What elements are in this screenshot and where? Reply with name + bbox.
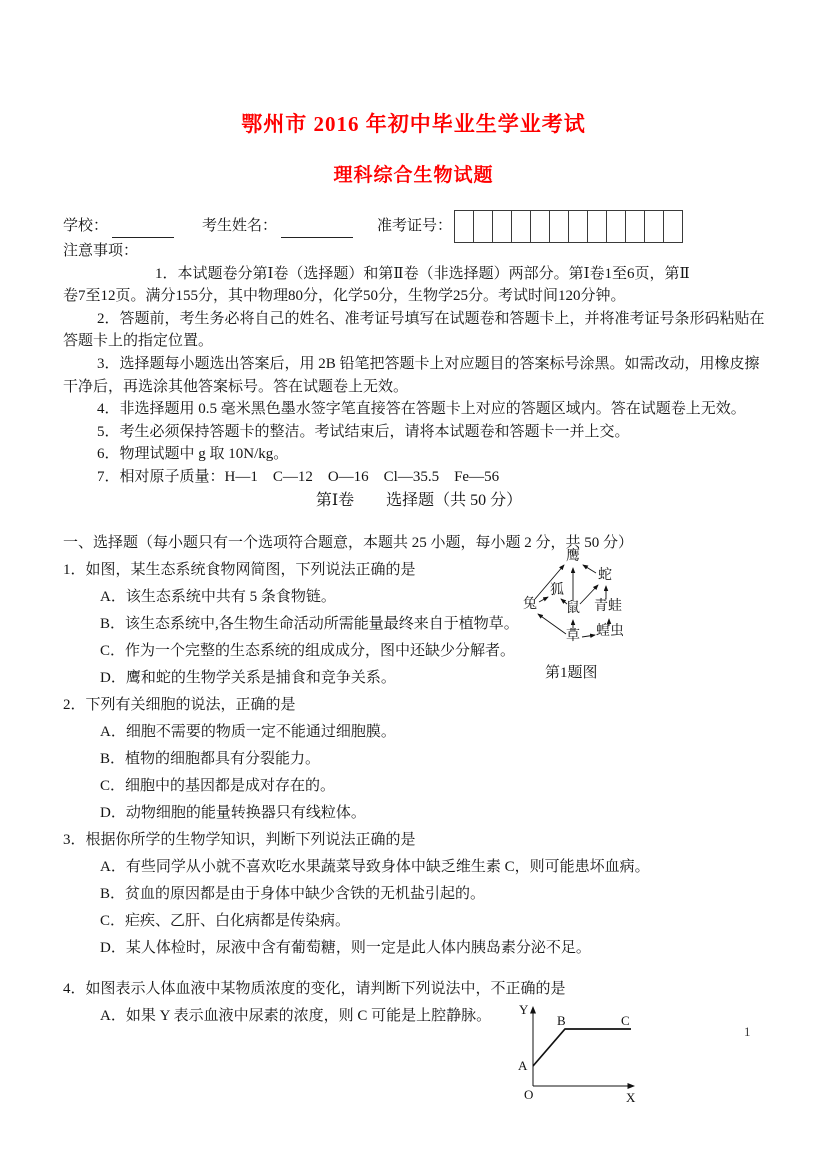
ticket-cell — [664, 210, 683, 243]
question-2-option-a: A．细胞不需要的物质一定不能通过细胞膜。 — [63, 719, 775, 746]
note-line: 答题卡上的指定位置。 — [63, 330, 775, 353]
question-2-stem: 2．下列有关细胞的说法，正确的是 — [63, 692, 775, 719]
question-1-stem: 1．如图，某生态系统食物网简图，下列说法正确的是 — [63, 557, 775, 584]
candidate-name-blank-field — [281, 217, 353, 238]
food-web-node-frog: 青蛙 — [594, 597, 622, 614]
food-web-caption: 第1题图 — [545, 661, 598, 682]
question-3-stem: 3．根据你所学的生物学知识，判断下列说法正确的是 — [63, 827, 775, 854]
note-line: 2．答题前，考生务必将自己的姓名、准考证号填写在试题卷和答题卡上，并将准考证号条… — [63, 308, 775, 331]
question-4-option-a: A．如果 Y 表示血液中尿素的浓度，则 C 可能是上腔静脉。 — [63, 1003, 775, 1030]
document-title: 鄂州市 2016 年初中毕业生学业考试 — [0, 108, 827, 138]
exam-body-column: 注意事项： 1．本试题卷分第Ⅰ卷（选择题）和第Ⅱ卷（非选择题）两部分。第Ⅰ卷1至… — [63, 240, 775, 1030]
section-title: 第Ⅰ卷 选择题（共 50 分） — [63, 490, 775, 512]
graph-axes — [533, 1007, 634, 1086]
question-3-option-b: B．贫血的原因都是由于身体中缺少含铁的无机盐引起的。 — [63, 881, 775, 908]
ticket-cell — [493, 210, 512, 243]
notes-heading: 注意事项： — [63, 240, 775, 263]
food-web-figure: 鹰 蛇 狐 兔 鼠 青蛙 蝗虫 草 — [516, 542, 656, 672]
ticket-cell — [645, 210, 664, 243]
question-3-option-c: C．疟疾、乙肝、白化病都是传染病。 — [63, 908, 775, 935]
note-line: 3．选择题每小题选出答案后，用 2B 铅笔把答题卡上对应题目的答案标号涂黑。如需… — [63, 353, 775, 376]
quiz-instruction: 一、选择题（每小题只有一个选项符合题意，本题共 25 小题，每小题 2 分，共 … — [63, 530, 775, 557]
question-1-option-c: C．作为一个完整的生态系统的组成成分，图中还缺少分解者。 — [63, 638, 775, 665]
graph-point-a-label: A — [518, 1058, 528, 1073]
graph-curve — [533, 1029, 631, 1066]
question-3-option-a: A．有些同学从小就不喜欢吃水果蔬菜导致身体中缺乏维生素 C，则可能患坏血病。 — [63, 854, 775, 881]
question-4-stem: 4．如图表示人体血液中某物质浓度的变化，请判断下列说法中，不正确的是 — [63, 976, 775, 1003]
question-2-option-d: D．动物细胞的能量转换器只有线粒体。 — [63, 800, 775, 827]
note-line: 1．本试题卷分第Ⅰ卷（选择题）和第Ⅱ卷（非选择题）两部分。第Ⅰ卷1至6页，第Ⅱ — [63, 263, 775, 286]
concentration-graph: Y B C A O X — [505, 1000, 650, 1105]
page-number: 1 — [744, 1024, 751, 1040]
ticket-cell — [550, 210, 569, 243]
note-line: 干净后，再选涂其他答案标号。答在试题卷上无效。 — [63, 376, 775, 399]
concentration-graph-figure: Y B C A O X — [505, 1000, 650, 1105]
graph-y-axis-label: Y — [519, 1002, 529, 1017]
admission-ticket-grid — [454, 210, 683, 243]
food-web-node-locust: 蝗虫 — [596, 622, 624, 639]
question-2-option-c: C．细胞中的基因都是成对存在的。 — [63, 773, 775, 800]
candidate-name-label: 考生姓名： — [202, 214, 277, 238]
graph-point-b-label: B — [557, 1013, 566, 1028]
food-web-node-fox: 狐 — [550, 582, 564, 598]
note-line: 6．物理试题中 g 取 10N/kg。 — [63, 443, 775, 466]
graph-origin-label: O — [524, 1087, 533, 1102]
food-web-node-grass: 草 — [566, 628, 580, 644]
document-subtitle: 理科综合生物试题 — [0, 160, 827, 187]
question-1-option-d: D．鹰和蛇的生物学关系是捕食和竞争关系。 — [63, 665, 775, 692]
note-line: 卷7至12页。满分155分，其中物理80分，化学50分，生物学25分。考试时间1… — [63, 285, 775, 308]
question-1-option-b: B．该生态系统中,各生物生命活动所需能量最终来自于植物草。 — [63, 611, 775, 638]
food-web-node-snake: 蛇 — [598, 567, 612, 583]
graph-point-c-label: C — [621, 1013, 630, 1028]
graph-labels: Y B C A O X — [518, 1002, 636, 1105]
question-2-option-b: B．植物的细胞都具有分裂能力。 — [63, 746, 775, 773]
food-web-diagram: 鹰 蛇 狐 兔 鼠 青蛙 蝗虫 草 — [516, 542, 656, 672]
admission-ticket-label: 准考证号： — [377, 214, 452, 238]
question-3-option-d: D．某人体检时，尿液中含有葡萄糖，则一定是此人体内胰岛素分泌不足。 — [63, 935, 775, 962]
blank-line — [63, 962, 775, 976]
question-1-option-a: A．该生态系统中共有 5 条食物链。 — [63, 584, 775, 611]
ticket-cell — [569, 210, 588, 243]
ticket-cell — [607, 210, 626, 243]
ticket-cell — [474, 210, 493, 243]
food-web-node-eagle: 鹰 — [566, 548, 580, 564]
ticket-cell — [588, 210, 607, 243]
ticket-cell — [531, 210, 550, 243]
candidate-info-row: 学校： 考生姓名： 准考证号： — [63, 202, 773, 238]
ticket-cell — [626, 210, 645, 243]
food-web-node-mouse: 鼠 — [566, 600, 580, 616]
ticket-cell — [512, 210, 531, 243]
graph-x-axis-label: X — [626, 1090, 636, 1105]
note-line: 5．考生必须保持答题卡的整洁。考试结束后，请将本试题卷和答题卡一并上交。 — [63, 421, 775, 444]
note-line: 7．相对原子质量：H—1 C—12 O—16 Cl—35.5 Fe—56 — [63, 466, 775, 489]
school-blank-field — [112, 217, 174, 238]
food-web-node-rabbit: 兔 — [523, 596, 537, 612]
ticket-cell — [454, 210, 474, 243]
multiple-choice-section: 一、选择题（每小题只有一个选项符合题意，本题共 25 小题，每小题 2 分，共 … — [63, 530, 775, 1030]
note-line: 4．非选择题用 0.5 毫米黑色墨水签字笔直接答在答题卡上对应的答题区域内。答在… — [63, 398, 775, 421]
school-label: 学校： — [63, 214, 108, 238]
